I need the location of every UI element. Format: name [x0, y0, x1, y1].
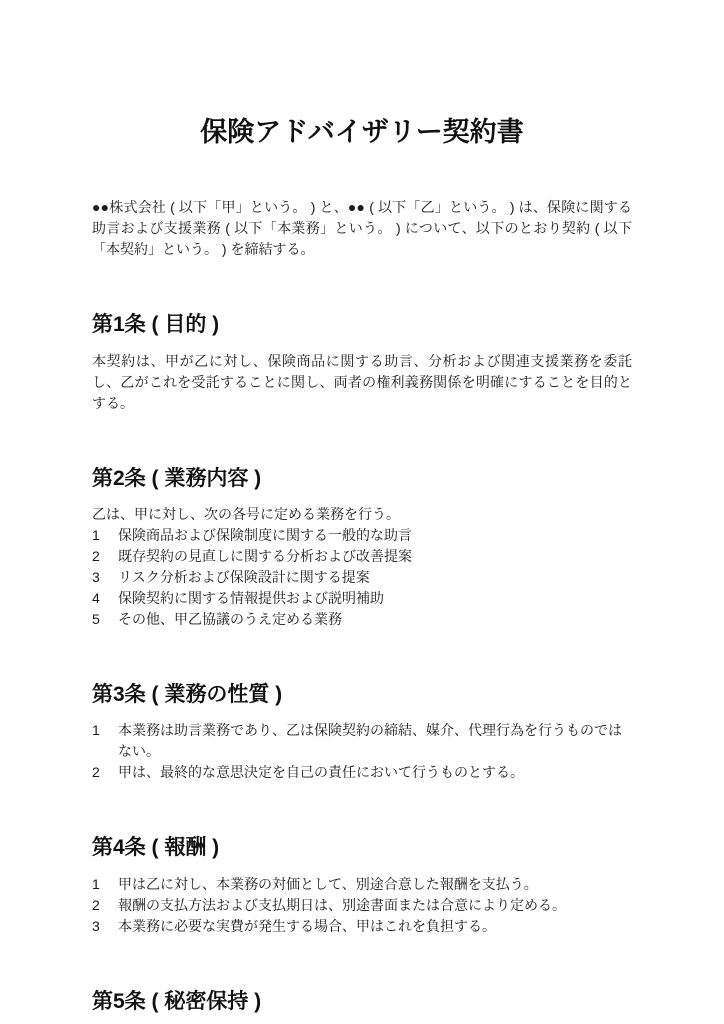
item-text: 保険商品および保険制度に関する一般的な助言: [118, 525, 412, 546]
list-item: 3 リスク分析および保険設計に関する提案: [92, 567, 632, 588]
article-1-heading: 第1条 ( 目的 ): [92, 311, 632, 339]
item-text: その他、甲乙協議のうえ定める業務: [118, 609, 342, 630]
item-number: 1: [92, 874, 105, 895]
list-item: 1 甲は乙に対し、本業務の対価として、別途合意した報酬を支払う。: [92, 874, 632, 895]
article-2-items: 1 保険商品および保険制度に関する一般的な助言 2 既存契約の見直しに関する分析…: [92, 525, 632, 630]
article-1-body: 本契約は、甲が乙に対し、保険商品に関する助言、分析および関連支援業務を委託し、乙…: [92, 351, 632, 414]
intro-paragraph: ●●株式会社 ( 以下「甲」という。 ) と、●● ( 以下「乙」という。 ) …: [92, 197, 632, 260]
item-number: 2: [92, 895, 105, 916]
list-item: 1 保険商品および保険制度に関する一般的な助言: [92, 525, 632, 546]
item-number: 3: [92, 567, 105, 588]
article-3: 第3条 ( 業務の性質 ) 1 本業務は助言業務であり、乙は保険契約の締結、媒介…: [92, 681, 632, 783]
list-item: 2 報酬の支払方法および支払期日は、別途書面または合意により定める。: [92, 895, 632, 916]
document-page: 保険アドバイザリー契約書 ●●株式会社 ( 以下「甲」という。 ) と、●● (…: [0, 0, 724, 1024]
item-number: 3: [92, 916, 105, 937]
item-number: 1: [92, 720, 105, 762]
article-3-heading: 第3条 ( 業務の性質 ): [92, 681, 632, 709]
article-4-heading: 第4条 ( 報酬 ): [92, 834, 632, 862]
item-text: 本業務に必要な実費が発生する場合、甲はこれを負担する。: [118, 916, 496, 937]
item-number: 4: [92, 588, 105, 609]
document-title: 保険アドバイザリー契約書: [92, 116, 632, 148]
article-3-items: 1 本業務は助言業務であり、乙は保険契約の締結、媒介、代理行為を行うものではない…: [92, 720, 632, 783]
item-text: 甲は、最終的な意思決定を自己の責任において行うものとする。: [118, 762, 524, 783]
article-2-body: 乙は、甲に対し、次の各号に定める業務を行う。: [92, 504, 632, 525]
list-item: 5 その他、甲乙協議のうえ定める業務: [92, 609, 632, 630]
item-text: 本業務は助言業務であり、乙は保険契約の締結、媒介、代理行為を行うものではない。: [118, 720, 632, 762]
item-number: 2: [92, 762, 105, 783]
list-item: 2 甲は、最終的な意思決定を自己の責任において行うものとする。: [92, 762, 632, 783]
article-5: 第5条 ( 秘密保持 ): [92, 988, 632, 1016]
article-4: 第4条 ( 報酬 ) 1 甲は乙に対し、本業務の対価として、別途合意した報酬を支…: [92, 834, 632, 936]
list-item: 4 保険契約に関する情報提供および説明補助: [92, 588, 632, 609]
item-number: 5: [92, 609, 105, 630]
item-text: 既存契約の見直しに関する分析および改善提案: [118, 546, 412, 567]
list-item: 1 本業務は助言業務であり、乙は保険契約の締結、媒介、代理行為を行うものではない…: [92, 720, 632, 762]
item-text: 甲は乙に対し、本業務の対価として、別途合意した報酬を支払う。: [118, 874, 538, 895]
list-item: 3 本業務に必要な実費が発生する場合、甲はこれを負担する。: [92, 916, 632, 937]
article-5-heading: 第5条 ( 秘密保持 ): [92, 988, 632, 1016]
item-number: 1: [92, 525, 105, 546]
list-item: 2 既存契約の見直しに関する分析および改善提案: [92, 546, 632, 567]
item-text: リスク分析および保険設計に関する提案: [118, 567, 370, 588]
article-2: 第2条 ( 業務内容 ) 乙は、甲に対し、次の各号に定める業務を行う。 1 保険…: [92, 465, 632, 630]
article-2-heading: 第2条 ( 業務内容 ): [92, 465, 632, 493]
item-text: 報酬の支払方法および支払期日は、別途書面または合意により定める。: [118, 895, 566, 916]
article-4-items: 1 甲は乙に対し、本業務の対価として、別途合意した報酬を支払う。 2 報酬の支払…: [92, 874, 632, 937]
item-text: 保険契約に関する情報提供および説明補助: [118, 588, 384, 609]
article-1: 第1条 ( 目的 ) 本契約は、甲が乙に対し、保険商品に関する助言、分析および関…: [92, 311, 632, 413]
item-number: 2: [92, 546, 105, 567]
